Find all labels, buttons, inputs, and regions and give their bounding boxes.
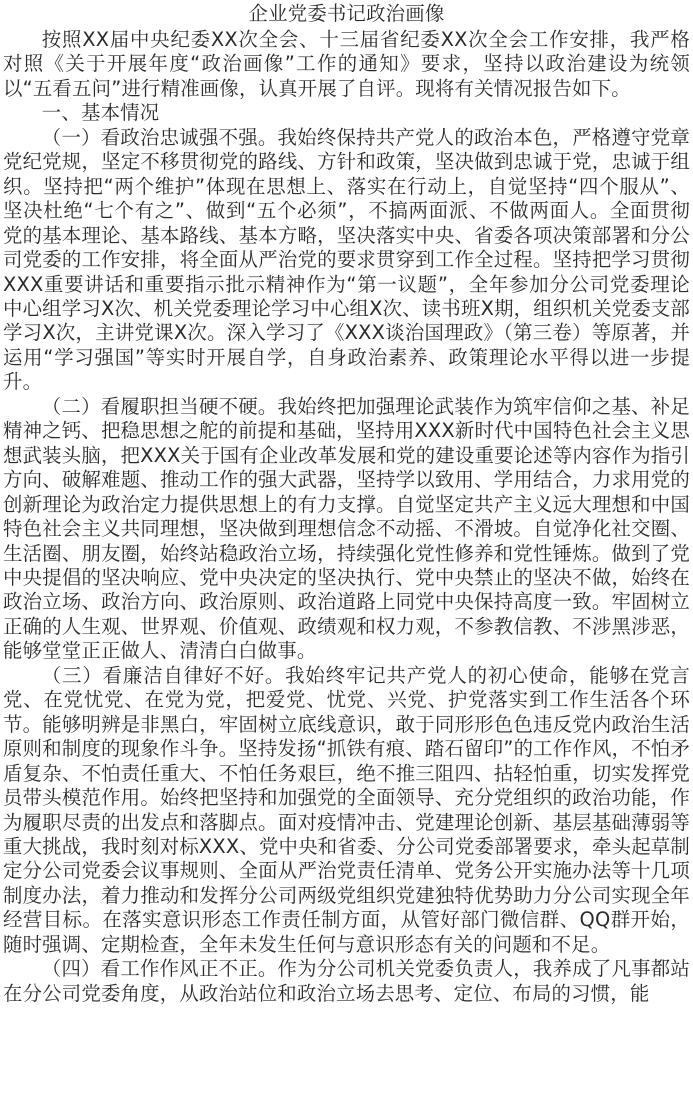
section-paragraph-work-style: （四）看工作作风正不正。作为分公司机关党委负责人，我养成了凡事都站在分公司党委角… (3, 957, 690, 1006)
section-label: （二） (42, 395, 101, 418)
section-label: （四） (42, 957, 101, 980)
section-heading: 看政治忠诚强不强。 (101, 126, 278, 149)
section-body: 我始终保持共产党人的政治本色，严格遵守党章党纪党规，坚定不移贯彻党的路线、方针和… (3, 126, 690, 394)
section-label: （三） (42, 664, 103, 687)
section-heading: 看履职担当硬不硬。 (101, 395, 278, 418)
section-label: （一） (42, 126, 101, 149)
section-paragraph-integrity-self-discipline: （三）看廉洁自律好不好。我始终牢记共产党人的初心使命，能够在党言党、在党忧党、在… (3, 664, 690, 957)
section-paragraph-duty-performance: （二）看履职担当硬不硬。我始终把加强理论武装作为筑牢信仰之基、补足精神之钙、把稳… (3, 395, 690, 664)
section-body: 我始终把加强理论武装作为筑牢信仰之基、补足精神之钙、把稳思想之舵的前提和基础，坚… (3, 395, 690, 663)
document: 企业党委书记政治画像 按照XX届中央纪委XX次全会、十三届省纪委XX次全会工作安… (3, 0, 690, 1006)
section-heading: 看廉洁自律好不好。 (103, 664, 286, 687)
section-body: 我始终牢记共产党人的初心使命，能够在党言党、在党忧党、在党为党，把爱党、忧党、兴… (3, 664, 690, 956)
document-title: 企业党委书记政治画像 (3, 0, 690, 28)
section-paragraph-political-loyalty: （一）看政治忠诚强不强。我始终保持共产党人的政治本色，严格遵守党章党纪党规，坚定… (3, 126, 690, 395)
section-heading: 看工作作风正不正。 (101, 957, 278, 980)
section-heading-basic-situation: 一、基本情况 (3, 101, 690, 125)
intro-paragraph: 按照XX届中央纪委XX次全会、十三届省纪委XX次全会工作安排，我严格对照《关于开… (3, 28, 690, 101)
